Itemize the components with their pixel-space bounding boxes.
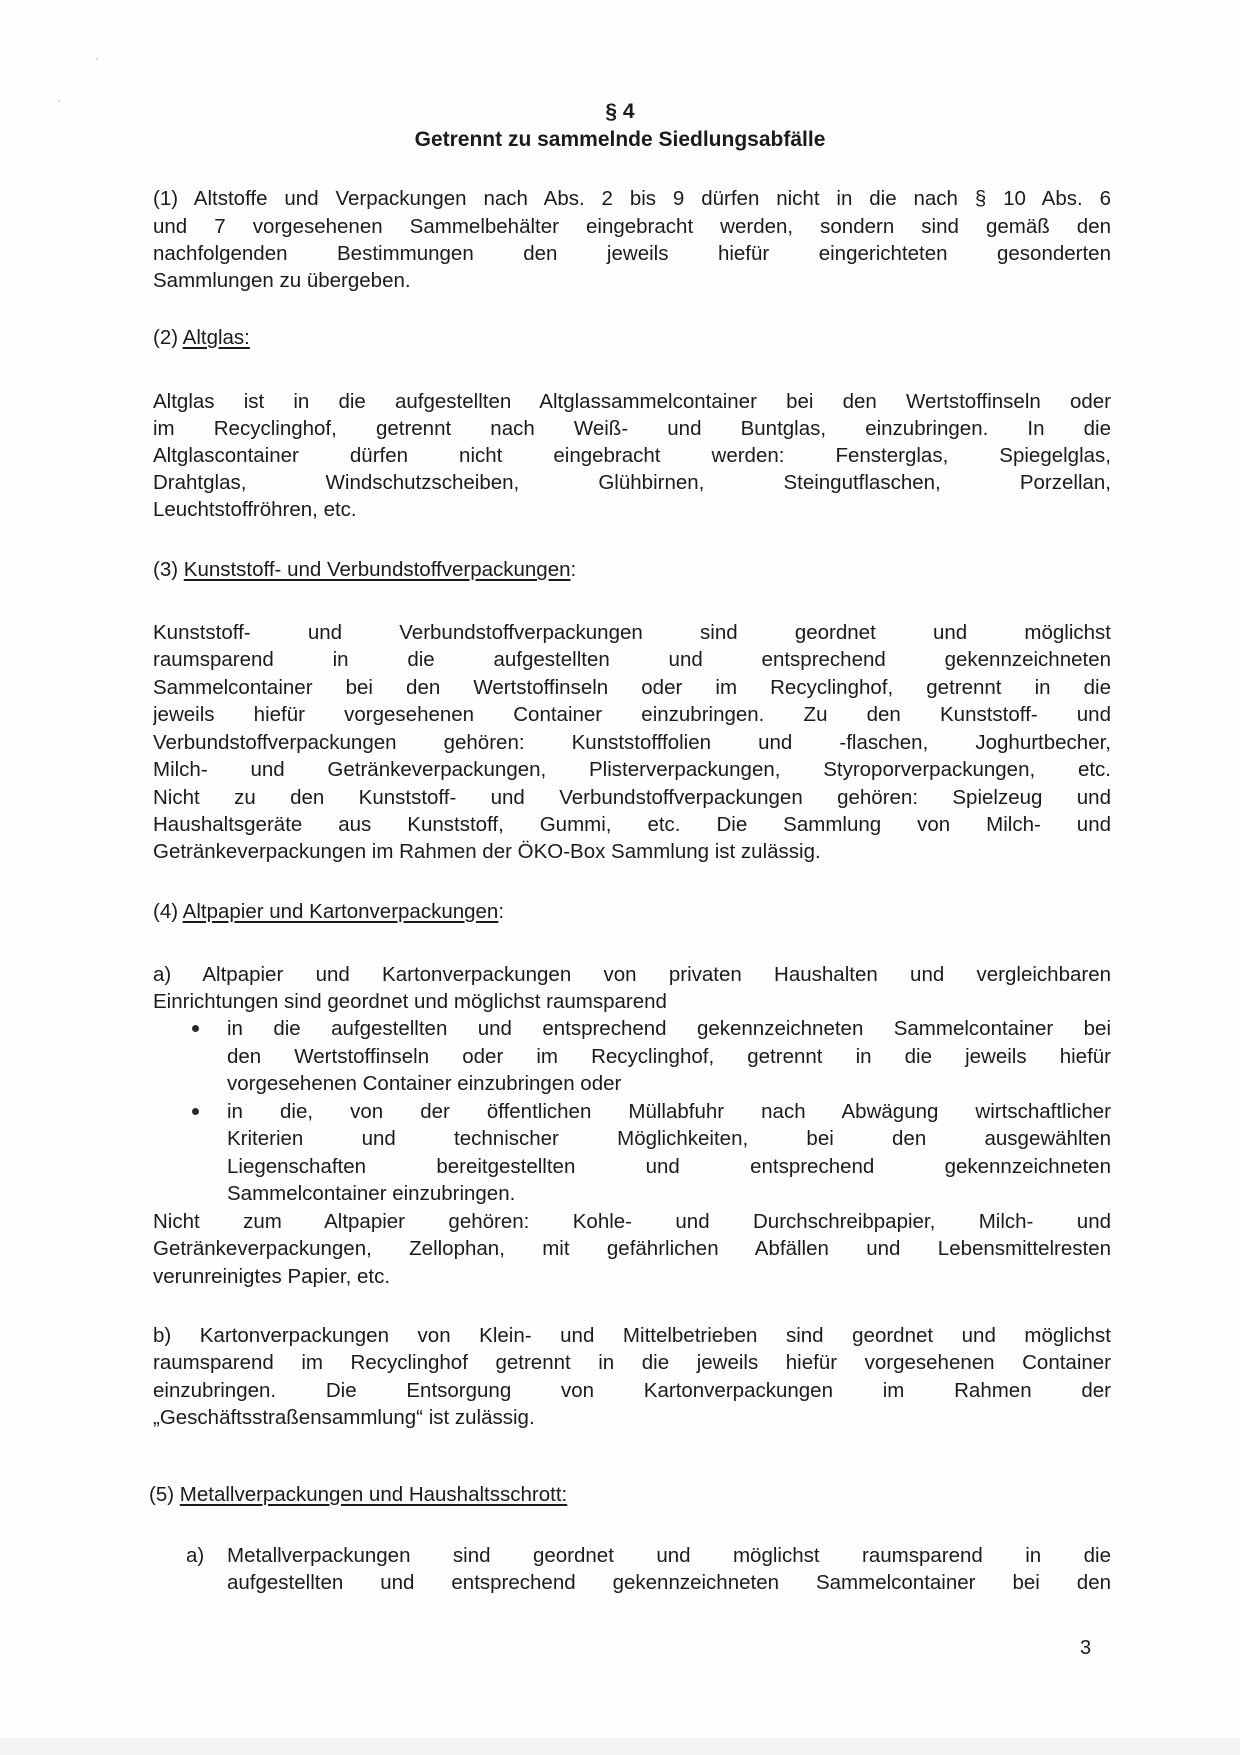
para4-number: (4) — [153, 900, 178, 923]
para4b-line: raumsparend im Recyclinghof getrennt in … — [153, 1349, 1111, 1377]
bullet2-line: Sammelcontainer einzubringen. — [227, 1180, 515, 1208]
scan-bottom-edge — [0, 1738, 1240, 1755]
para4-heading: (4) Altpapier und Kartonverpackungen: — [153, 898, 504, 926]
para3-line: Getränkeverpackungen im Rahmen der ÖKO-B… — [153, 838, 821, 866]
para2-heading: (2) Altglas: — [153, 324, 250, 352]
para3-number: (3) — [153, 558, 178, 581]
para4b-line: b) Kartonverpackungen von Klein- und Mit… — [153, 1322, 1111, 1350]
para4-not-line: Getränkeverpackungen, Zellophan, mit gef… — [153, 1235, 1111, 1263]
bullet1-line: vorgesehenen Container einzubringen oder — [227, 1070, 621, 1098]
para3-heading: (3) Kunststoff- und Verbundstoffverpacku… — [153, 556, 576, 584]
para3-line: Kunststoff- und Verbundstoffverpackungen… — [153, 619, 1111, 647]
bullet1-line: in die aufgestellten und entsprechend ge… — [227, 1015, 1111, 1043]
para5a-line: Metallverpackungen sind geordnet und mög… — [227, 1542, 1111, 1570]
para4b-line: einzubringen. Die Entsorgung von Kartonv… — [153, 1377, 1111, 1405]
para3-line: Haushaltsgeräte aus Kunststoff, Gummi, e… — [153, 811, 1111, 839]
page-number: 3 — [1080, 1637, 1091, 1660]
para5-heading: (5) Metallverpackungen und Haushaltsschr… — [149, 1481, 567, 1509]
para4a-line: a) Altpapier und Kartonverpackungen von … — [153, 961, 1111, 989]
para2-line: Altglas ist in die aufgestellten Altglas… — [153, 388, 1111, 416]
para4-colon: : — [498, 900, 504, 923]
bullet2-line: Liegenschaften bereitgestellten und ents… — [227, 1153, 1111, 1181]
para2-line: Leuchtstoffröhren, etc. — [153, 496, 357, 524]
para5-number: (5) — [149, 1483, 174, 1506]
para3-title: Kunststoff- und Verbundstoffverpackungen — [184, 558, 571, 581]
section-number: § 4 — [0, 100, 1240, 124]
para4b-line: „Geschäftsstraßensammlung“ ist zulässig. — [153, 1404, 535, 1432]
para2-line: im Recyclinghof, getrennt nach Weiß- und… — [153, 415, 1111, 443]
para5-title: Metallverpackungen und Haushaltsschrott: — [180, 1483, 567, 1506]
para1-line: (1) Altstoffe und Verpackungen nach Abs.… — [153, 185, 1111, 213]
para2-line: Altglascontainer dürfen nicht eingebrach… — [153, 442, 1111, 470]
para2-number: (2) — [153, 326, 178, 349]
para3-line: Verbundstoffverpackungen gehören: Kunsts… — [153, 729, 1111, 757]
bullet-icon — [192, 1025, 202, 1035]
bullet-icon — [192, 1108, 202, 1118]
para3-line: Milch- und Getränkeverpackungen, Plister… — [153, 756, 1111, 784]
para4-not-line: verunreinigtes Papier, etc. — [153, 1263, 390, 1291]
para5a-label: a) — [186, 1542, 204, 1570]
para3-line: Nicht zu den Kunststoff- und Verbundstof… — [153, 784, 1111, 812]
bullet2-line: Kriterien und technischer Möglichkeiten,… — [227, 1125, 1111, 1153]
para1-line: nachfolgenden Bestimmungen den jeweils h… — [153, 240, 1111, 268]
para1-line: und 7 vorgesehenen Sammelbehälter eingeb… — [153, 213, 1111, 241]
section-title: Getrennt zu sammelnde Siedlungsabfälle — [0, 128, 1240, 152]
scan-speck — [96, 58, 98, 60]
para5a-line: aufgestellten und entsprechend gekennzei… — [227, 1569, 1111, 1597]
para2-line: Drahtglas, Windschutzscheiben, Glühbirne… — [153, 469, 1111, 497]
para2-title: Altglas: — [183, 326, 250, 349]
para3-colon: : — [571, 558, 577, 581]
para4-not-line: Nicht zum Altpapier gehören: Kohle- und … — [153, 1208, 1111, 1236]
para1-line: Sammlungen zu übergeben. — [153, 267, 411, 295]
para3-line: Sammelcontainer bei den Wertstoffinseln … — [153, 674, 1111, 702]
bullet1-line: den Wertstoffinseln oder im Recyclinghof… — [227, 1043, 1111, 1071]
para3-line: raumsparend in die aufgestellten und ent… — [153, 646, 1111, 674]
para4-title: Altpapier und Kartonverpackungen — [183, 900, 499, 923]
para4a-line: Einrichtungen sind geordnet und möglichs… — [153, 988, 667, 1016]
bullet2-line: in die, von der öffentlichen Müllabfuhr … — [227, 1098, 1111, 1126]
document-page: § 4 Getrennt zu sammelnde Siedlungsabfäl… — [0, 0, 1240, 1755]
para3-line: jeweils hiefür vorgesehenen Container ei… — [153, 701, 1111, 729]
